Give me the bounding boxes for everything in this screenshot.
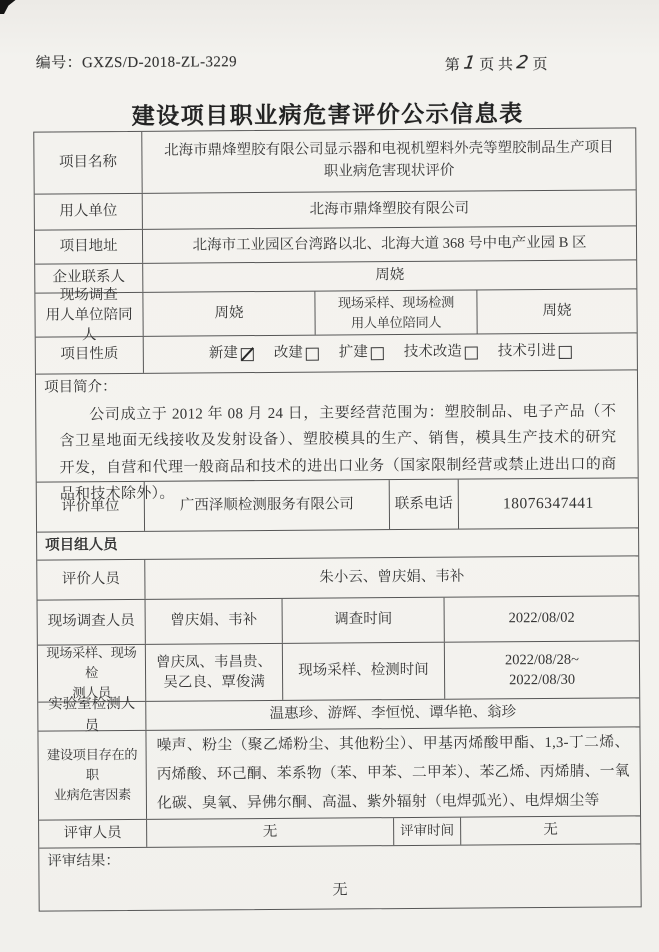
option-expansion: 扩建 (339, 342, 384, 364)
project-name-line2: 职业病危害现状评价 (324, 160, 455, 183)
document-number: 编号：GXZS/D-2018-ZL-3229 (36, 50, 237, 72)
team-section-label: 项目组人员 (37, 528, 638, 559)
survey-escort-label-line1: 现场调查 (60, 285, 118, 305)
sampling-escort-label: 现场采样、现场检测 用人单位陪同人 (315, 291, 477, 335)
project-name-label: 项目名称 (34, 132, 142, 194)
hazard-factors-label-line2: 业病危害因素 (54, 785, 131, 806)
sampling-staff-label: 现场采样、现场检 测人员 (38, 645, 146, 702)
survey-staff-label: 现场调查人员 (38, 600, 146, 645)
page-number-middle: 页 共 (479, 57, 513, 73)
row-survey-staff: 现场调查人员 曾庆娟、韦补 调查时间 2022/08/02 (38, 596, 639, 645)
page-number-current: 1 (458, 52, 480, 73)
sampling-staff-label-line1: 现场采样、现场检 (42, 643, 141, 684)
option-tech-import-label: 技术引进 (498, 341, 556, 363)
project-address-label: 项目地址 (35, 230, 143, 264)
sampling-staff-value: 曾庆凤、韦昌贵、 吴乙良、覃俊满 (146, 644, 283, 701)
review-result-label: 评审结果： (47, 847, 632, 873)
checkbox-checked-icon (241, 348, 254, 361)
hazard-factors-label-line1: 建设项目存在的职 (43, 745, 142, 786)
document-body: 编号：GXZS/D-2018-ZL-3229 第1页 共2页 建设项目职业病危害… (0, 0, 659, 952)
sampling-time-line1: 2022/08/28~ (505, 650, 579, 671)
row-site-escort: 现场调查 用人单位陪同人 周娆 现场采样、现场检测 用人单位陪同人 周娆 (35, 289, 636, 337)
sampling-time-label: 现场采样、检测时间 (283, 643, 445, 700)
option-new-construction-label: 新建 (209, 343, 238, 365)
page-number-suffix: 页 (532, 57, 547, 73)
page-title: 建设项目职业病危害评价公示信息表 (0, 94, 657, 132)
review-time-label: 评审时间 (394, 818, 461, 845)
row-evaluation-org: 评价单位 广西泽顺检测服务有限公司 联系电话 18076347441 (37, 478, 638, 532)
project-name-value: 北海市鼎烽塑胶有限公司显示器和电视机塑料外壳等塑胶制品生产项目 职业病危害现状评… (142, 128, 635, 192)
row-lab-staff: 实验室检测人员 温惠珍、游辉、李恒悦、谭华艳、翁珍 (38, 698, 639, 731)
lab-staff-value: 温惠珍、游辉、李恒悦、谭华艳、翁珍 (146, 698, 639, 729)
option-expansion-label: 扩建 (339, 342, 368, 364)
checkbox-unchecked-icon (306, 347, 319, 360)
hazard-factors-value: 噪声、粉尘（聚乙烯粉尘、其他粉尘）、甲基丙烯酸甲酯、1,3-丁二烯、丙烯酸、环己… (146, 727, 640, 818)
hazard-factors-label: 建设项目存在的职 业病危害因素 (38, 731, 147, 820)
option-new-construction: 新建 (209, 343, 254, 365)
evaluation-org-value: 广西泽顺检测服务有限公司 (145, 480, 390, 531)
row-evaluators: 评价人员 朱小云、曾庆娟、韦补 (37, 556, 638, 600)
scanned-document-page: 编号：GXZS/D-2018-ZL-3229 第1页 共2页 建设项目职业病危害… (0, 0, 659, 952)
reviewers-value: 无 (147, 818, 394, 847)
review-time-value: 无 (461, 816, 640, 844)
sampling-staff-value-line2: 吴乙良、覃俊满 (163, 672, 265, 693)
survey-escort-value: 周娆 (143, 292, 315, 336)
project-nature-label: 项目性质 (36, 337, 144, 374)
row-hazard-factors: 建设项目存在的职 业病危害因素 噪声、粉尘（聚乙烯粉尘、其他粉尘）、甲基丙烯酸甲… (38, 727, 640, 820)
review-result-value: 无 (47, 877, 632, 904)
project-name-line1: 北海市鼎烽塑胶有限公司显示器和电视机塑料外壳等塑胶制品生产项目 (164, 137, 614, 162)
page-number-total: 2 (512, 52, 534, 73)
row-review-result: 评审结果： 无 (39, 844, 640, 910)
option-tech-upgrade-label: 技术改造 (404, 342, 462, 364)
row-company-contact: 企业联系人 周娆 (35, 260, 636, 293)
row-project-nature: 项目性质 新建 改建 扩建 技术改造 (36, 333, 637, 374)
contact-phone-label: 联系电话 (390, 480, 459, 529)
reviewers-label: 评审人员 (39, 820, 147, 848)
checkbox-unchecked-icon (465, 346, 478, 359)
evaluators-label: 评价人员 (37, 560, 145, 600)
checkbox-unchecked-icon (559, 345, 572, 358)
option-tech-import: 技术引进 (498, 341, 572, 363)
project-nature-options: 新建 改建 扩建 技术改造 (144, 333, 637, 372)
option-rebuild-label: 改建 (274, 343, 303, 365)
row-employer: 用人单位 北海市鼎烽塑胶有限公司 (35, 190, 636, 230)
evaluation-org-label: 评价单位 (37, 482, 145, 532)
page-number: 第1页 共2页 (445, 53, 548, 75)
company-contact-value: 周娆 (143, 260, 636, 291)
review-result-cell: 评审结果： 无 (39, 844, 640, 910)
survey-time-label: 调查时间 (283, 598, 445, 643)
survey-escort-label: 现场调查 用人单位陪同人 (35, 293, 143, 337)
sampling-time-line2: 2022/08/30 (509, 670, 575, 690)
option-rebuild: 改建 (274, 343, 319, 365)
form-table: 项目名称 北海市鼎烽塑胶有限公司显示器和电视机塑料外壳等塑胶制品生产项目 职业病… (33, 127, 641, 911)
lab-staff-label: 实验室检测人员 (38, 702, 146, 731)
row-project-intro: 项目简介： 公司成立于 2012 年 08 月 24 日，主要经营范围为：塑胶制… (36, 370, 638, 482)
survey-time-value: 2022/08/02 (445, 596, 639, 641)
sampling-escort-label-line1: 现场采样、现场检测 (338, 292, 454, 313)
project-address-value: 北海市工业园区台湾路以北、北海大道 368 号中电产业园 B 区 (143, 226, 636, 262)
row-project-address: 项目地址 北海市工业园区台湾路以北、北海大道 368 号中电产业园 B 区 (35, 226, 636, 264)
project-intro-cell: 项目简介： 公司成立于 2012 年 08 月 24 日，主要经营范围为：塑胶制… (36, 370, 638, 481)
sampling-escort-label-line2: 用人单位陪同人 (351, 312, 441, 333)
row-project-name: 项目名称 北海市鼎烽塑胶有限公司显示器和电视机塑料外壳等塑胶制品生产项目 职业病… (34, 128, 635, 194)
row-team-section: 项目组人员 (37, 528, 638, 560)
option-tech-upgrade: 技术改造 (404, 342, 478, 364)
row-reviewers: 评审人员 无 评审时间 无 (39, 816, 640, 848)
employer-value: 北海市鼎烽塑胶有限公司 (143, 190, 636, 228)
checkbox-unchecked-icon (371, 347, 384, 360)
sampling-time-value: 2022/08/28~ 2022/08/30 (445, 641, 639, 698)
contact-phone-value: 18076347441 (459, 478, 638, 528)
sampling-escort-value: 周娆 (477, 289, 636, 333)
evaluators-value: 朱小云、曾庆娟、韦补 (145, 556, 638, 598)
sampling-staff-value-line1: 曾庆凤、韦昌贵、 (156, 652, 272, 673)
survey-staff-value: 曾庆娟、韦补 (146, 599, 283, 644)
employer-label: 用人单位 (35, 194, 143, 230)
